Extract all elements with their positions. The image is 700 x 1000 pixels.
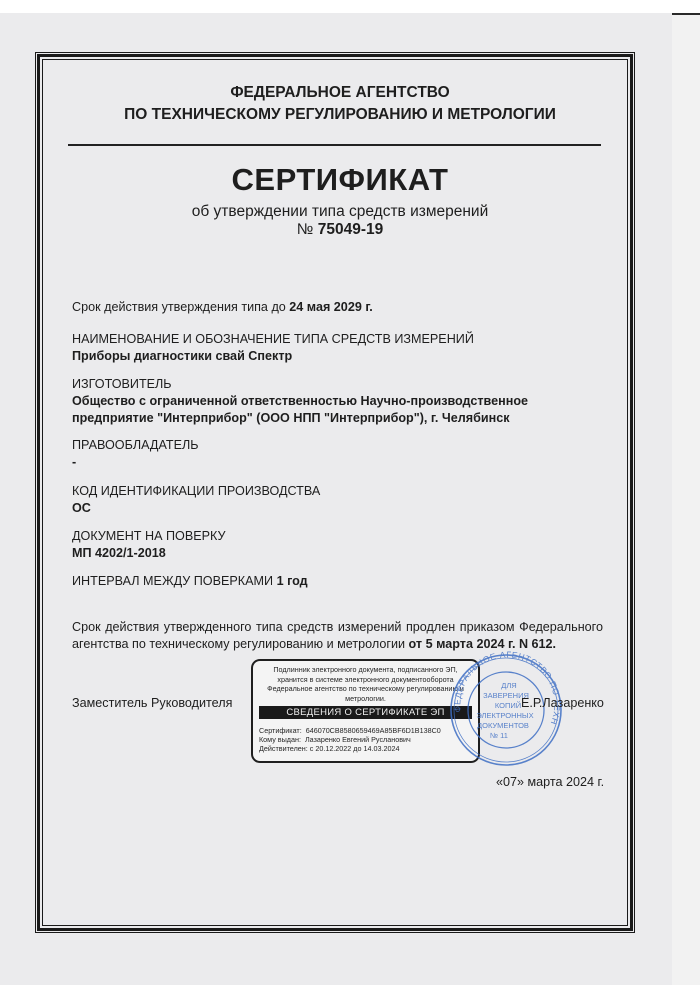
agency-line-2: ПО ТЕХНИЧЕСКОМУ РЕГУЛИРОВАНИЮ И МЕТРОЛОГ… — [60, 104, 620, 126]
esig-certificate-label: Сертификат: — [259, 726, 302, 735]
agency-line-1: ФЕДЕРАЛЬНОЕ АГЕНТСТВО — [60, 82, 620, 104]
field-value: Общество с ограниченной ответственностью… — [72, 393, 602, 427]
field-value: Приборы диагностики свай Спектр — [72, 348, 602, 365]
agency-header: ФЕДЕРАЛЬНОЕ АГЕНТСТВО ПО ТЕХНИЧЕСКОМУ РЕ… — [60, 82, 620, 126]
field-label: ПРАВООБЛАДАТЕЛЬ — [72, 437, 602, 454]
esig-valid-value: с 20.12.2022 до 14.03.2024 — [310, 744, 400, 753]
stamp-line-3: КОПИЙ — [495, 701, 521, 710]
field-label: КОД ИДЕНТИФИКАЦИИ ПРОИЗВОДСТВА — [72, 483, 602, 500]
page-edge — [672, 13, 700, 985]
certificate-number-value: 75049-19 — [318, 221, 384, 238]
interval-label: ИНТЕРВАЛ МЕЖДУ ПОВЕРКАМИ — [72, 574, 273, 588]
esig-certificate-value: 646070CB8580659469A85BF6D1B138C0 — [306, 726, 441, 735]
validity-label: Срок действия утверждения типа до — [72, 300, 286, 314]
esig-issued-to-label: Кому выдан: — [259, 735, 301, 744]
interval-value: 1 год — [277, 574, 308, 588]
certificate-title: СЕРТИФИКАТ — [60, 162, 620, 198]
stamp-line-5: ДОКУМЕНТОВ — [477, 721, 529, 730]
field-production-code: КОД ИДЕНТИФИКАЦИИ ПРОИЗВОДСТВА ОС — [72, 483, 602, 517]
field-value: - — [72, 454, 602, 471]
esig-valid-label: Действителен: — [259, 744, 308, 753]
field-value: ОС — [72, 500, 602, 517]
number-sign: № — [297, 221, 314, 238]
stamp-line-1: ДЛЯ — [501, 681, 516, 690]
signatory-name: Е.Р.Лазаренко — [521, 696, 604, 710]
validity-value: 24 мая 2029 г. — [289, 300, 373, 314]
signatory-position: Заместитель Руководителя — [72, 696, 232, 710]
stamp-line-6: № 11 — [490, 731, 508, 740]
field-rights-holder: ПРАВООБЛАДАТЕЛЬ - — [72, 437, 602, 471]
field-verification-doc: ДОКУМЕНТ НА ПОВЕРКУ МП 4202/1-2018 — [72, 528, 602, 562]
field-label: НАИМЕНОВАНИЕ И ОБОЗНАЧЕНИЕ ТИПА СРЕДСТВ … — [72, 331, 602, 348]
field-instrument-type: НАИМЕНОВАНИЕ И ОБОЗНАЧЕНИЕ ТИПА СРЕДСТВ … — [72, 331, 602, 365]
signature-date: «07» марта 2024 г. — [496, 775, 604, 789]
certificate-number: № 75049-19 — [60, 221, 620, 239]
certificate-subtitle: об утверждении типа средств измерений — [60, 202, 620, 222]
validity-line: Срок действия утверждения типа до 24 мая… — [72, 299, 602, 316]
field-manufacturer: ИЗГОТОВИТЕЛЬ Общество с ограниченной отв… — [72, 376, 602, 427]
esig-issued-to-value: Лазаренко Евгений Русланович — [305, 735, 411, 744]
field-value: МП 4202/1-2018 — [72, 545, 602, 562]
stamp-line-4: ЭЛЕКТРОННЫХ — [476, 711, 533, 720]
verification-interval: ИНТЕРВАЛ МЕЖДУ ПОВЕРКАМИ 1 год — [72, 573, 602, 590]
field-label: ИЗГОТОВИТЕЛЬ — [72, 376, 602, 393]
field-label: ДОКУМЕНТ НА ПОВЕРКУ — [72, 528, 602, 545]
header-divider — [68, 144, 601, 146]
